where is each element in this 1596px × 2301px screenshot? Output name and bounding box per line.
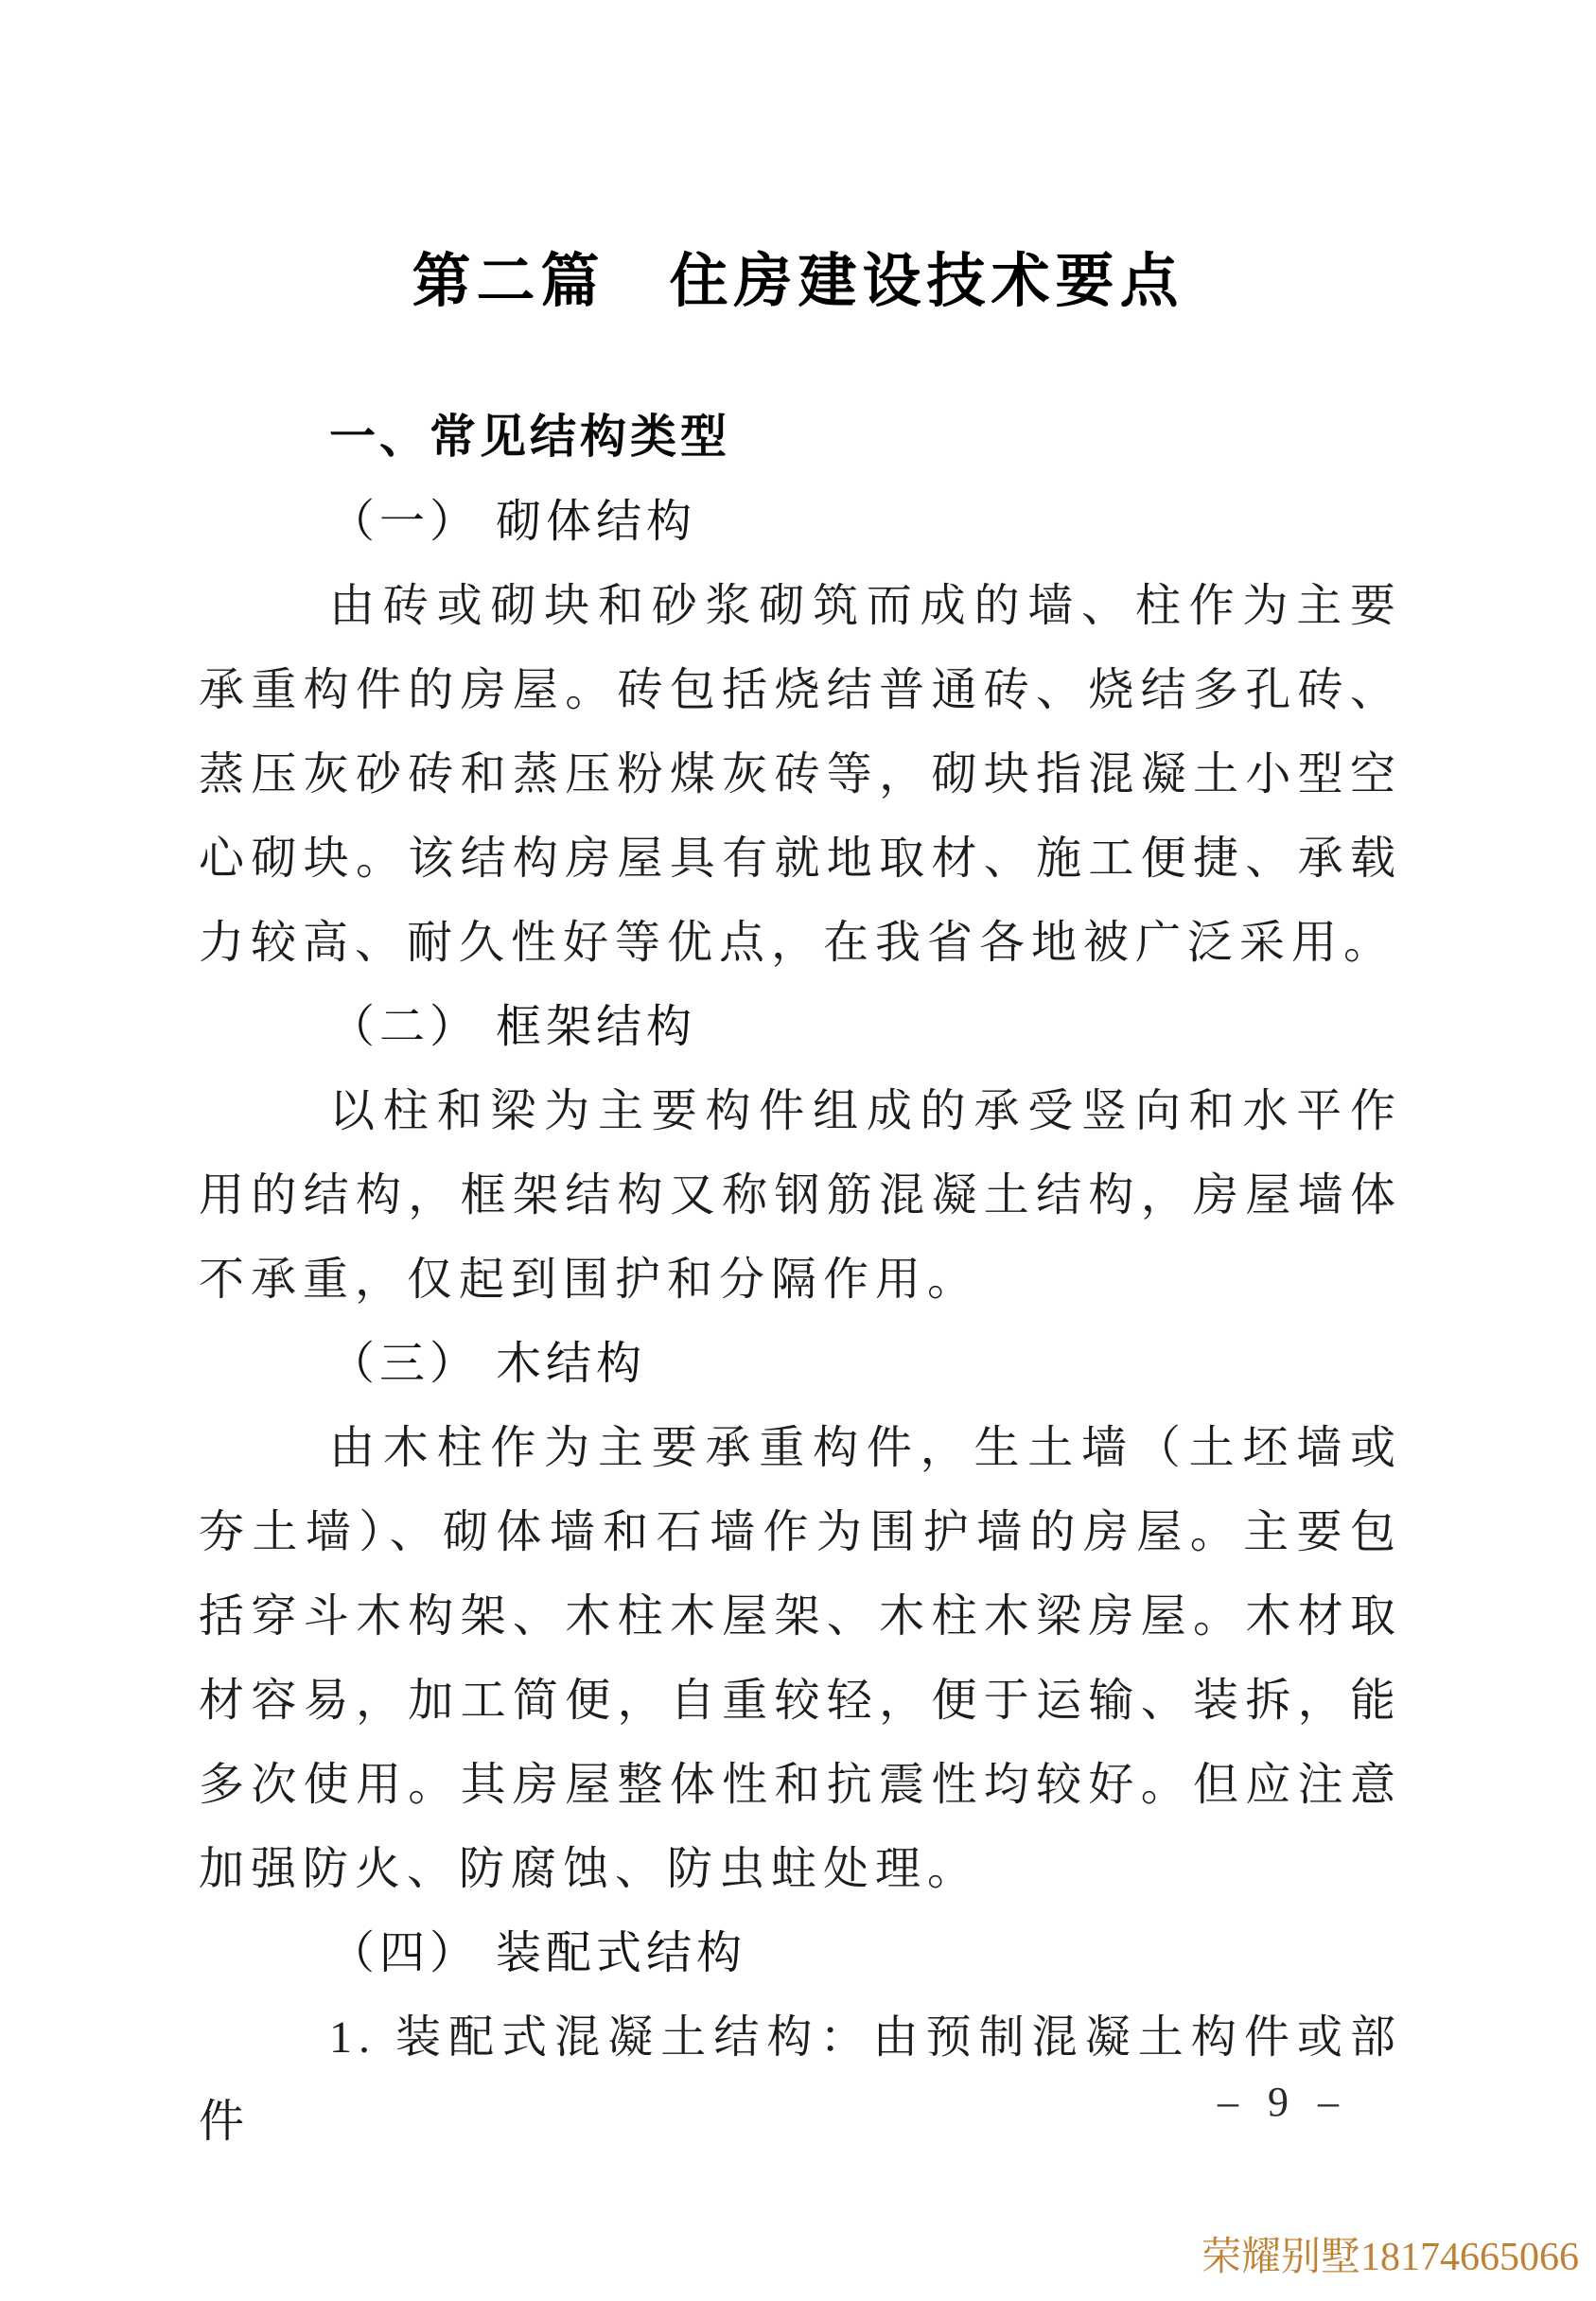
paragraph-masonry: 由砖或砌块和砂浆砌筑而成的墙、柱作为主要承重构件的房屋。砖包括烧结普通砖、烧结多… — [199, 564, 1402, 985]
paragraph-timber: 由木柱作为主要承重构件，生土墙（土坯墙或夯土墙）、砌体墙和石墙作为围护墙的房屋。… — [199, 1406, 1402, 1911]
subsection-heading-masonry: （一） 砌体结构 — [199, 480, 1402, 564]
section-heading: 一、常见结构类型 — [199, 395, 1402, 480]
watermark-text: 荣耀别墅18174665066 — [1201, 2231, 1579, 2284]
subsection-heading-timber: （三） 木结构 — [199, 1322, 1402, 1406]
page-content: 一、常见结构类型 （一） 砌体结构 由砖或砌块和砂浆砌筑而成的墙、柱作为主要承重… — [199, 395, 1402, 2164]
page-title: 第二篇 住房建设技术要点 — [0, 238, 1596, 325]
page-number: – 9 – — [1218, 2074, 1348, 2131]
subsection-heading-prefab: （四） 装配式结构 — [199, 1911, 1402, 1995]
subsection-heading-frame: （二） 框架结构 — [199, 985, 1402, 1069]
paragraph-frame: 以柱和梁为主要构件组成的承受竖向和水平作用的结构，框架结构又称钢筋混凝土结构，房… — [199, 1069, 1402, 1322]
document-page: 第二篇 住房建设技术要点 一、常见结构类型 （一） 砌体结构 由砖或砌块和砂浆砌… — [0, 0, 1596, 2301]
